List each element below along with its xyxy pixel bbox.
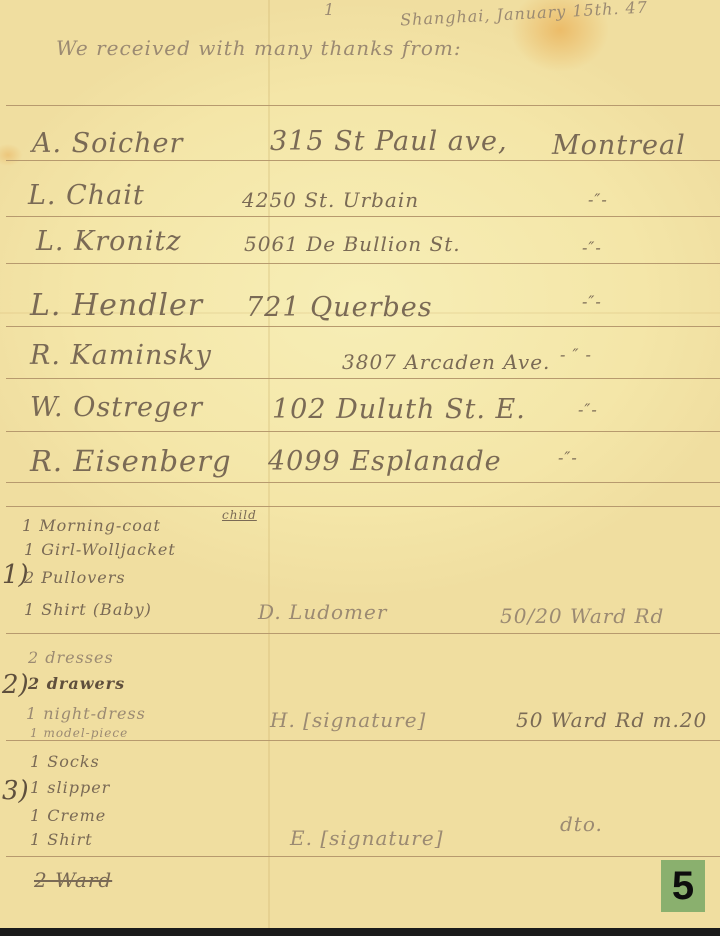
rule-line: [6, 378, 720, 379]
item: 2 Pullovers: [24, 568, 126, 587]
sender-name: R. Kaminsky: [30, 340, 212, 371]
place-date: Shanghai, January 15th. 47: [400, 0, 649, 29]
item: 1 Girl-Wolljacket: [24, 540, 176, 559]
rule-line: [6, 326, 720, 327]
rule-line: [6, 263, 720, 264]
group-number: 2): [2, 670, 29, 700]
sender-address: 315 St Paul ave,: [270, 126, 508, 157]
sender-address: 3807 Arcaden Ave.: [342, 350, 550, 374]
sender-city: -″-: [558, 448, 578, 467]
rule-line: [6, 856, 720, 857]
sender-address: 4099 Esplanade: [268, 446, 502, 477]
sender-address: 102 Duluth St. E.: [272, 394, 526, 425]
rule-line: [6, 482, 720, 483]
item: 1 Creme: [30, 806, 106, 825]
sender-name: W. Ostreger: [30, 392, 203, 423]
page-number-badge: 5: [661, 860, 705, 912]
item: 1 night-dress: [26, 704, 146, 723]
sender-city: -″-: [578, 400, 598, 419]
sender-city: -″-: [582, 292, 602, 311]
sender-address: 721 Querbes: [246, 292, 433, 323]
item: 2 drawers: [28, 674, 125, 693]
sender-name: R. Eisenberg: [30, 444, 232, 478]
item: 1 Shirt (Baby): [24, 600, 152, 619]
intro-line: We received with many thanks from:: [56, 36, 462, 60]
recipient-address: 50/20 Ward Rd: [500, 604, 664, 628]
rule-line: [6, 740, 720, 741]
sender-city: Montreal: [552, 130, 686, 161]
sender-name: L. Kronitz: [36, 226, 182, 257]
rule-line: [6, 506, 720, 507]
recipient-name: H. [signature]: [270, 708, 426, 732]
item: 1 model-piece: [30, 726, 128, 740]
sender-city: -″-: [588, 190, 608, 209]
item: 1 slipper: [30, 778, 110, 797]
sender-name: L. Chait: [28, 180, 145, 211]
recipient-address: dto.: [560, 812, 603, 836]
struck-note: 2 Ward: [34, 868, 112, 892]
item: 1 Morning-coat: [22, 516, 161, 535]
letter-page: 1 Shanghai, January 15th. 47 We received…: [0, 0, 720, 928]
sender-name: A. Soicher: [32, 128, 183, 159]
recipient-name: E. [signature]: [290, 826, 444, 850]
sender-address: 4250 St. Urbain: [242, 188, 419, 212]
rule-line: [6, 431, 720, 432]
item: 1 Shirt: [30, 830, 93, 849]
rule-line: [6, 105, 720, 106]
recipient-address: 50 Ward Rd m.20: [516, 708, 707, 732]
recipient-name: D. Ludomer: [258, 600, 387, 624]
item: 1 Socks: [30, 752, 100, 771]
sender-city: -″-: [582, 238, 602, 257]
rule-line: [6, 633, 720, 634]
sender-name: L. Hendler: [30, 288, 203, 323]
scan-border: [0, 928, 720, 936]
page-mark: 1: [324, 0, 335, 19]
child-note: child: [222, 508, 257, 522]
item: 2 dresses: [28, 648, 114, 667]
sender-address: 5061 De Bullion St.: [244, 232, 461, 256]
group-number: 3): [2, 776, 29, 806]
rule-line: [6, 216, 720, 217]
sender-city: - ″ -: [560, 345, 592, 364]
